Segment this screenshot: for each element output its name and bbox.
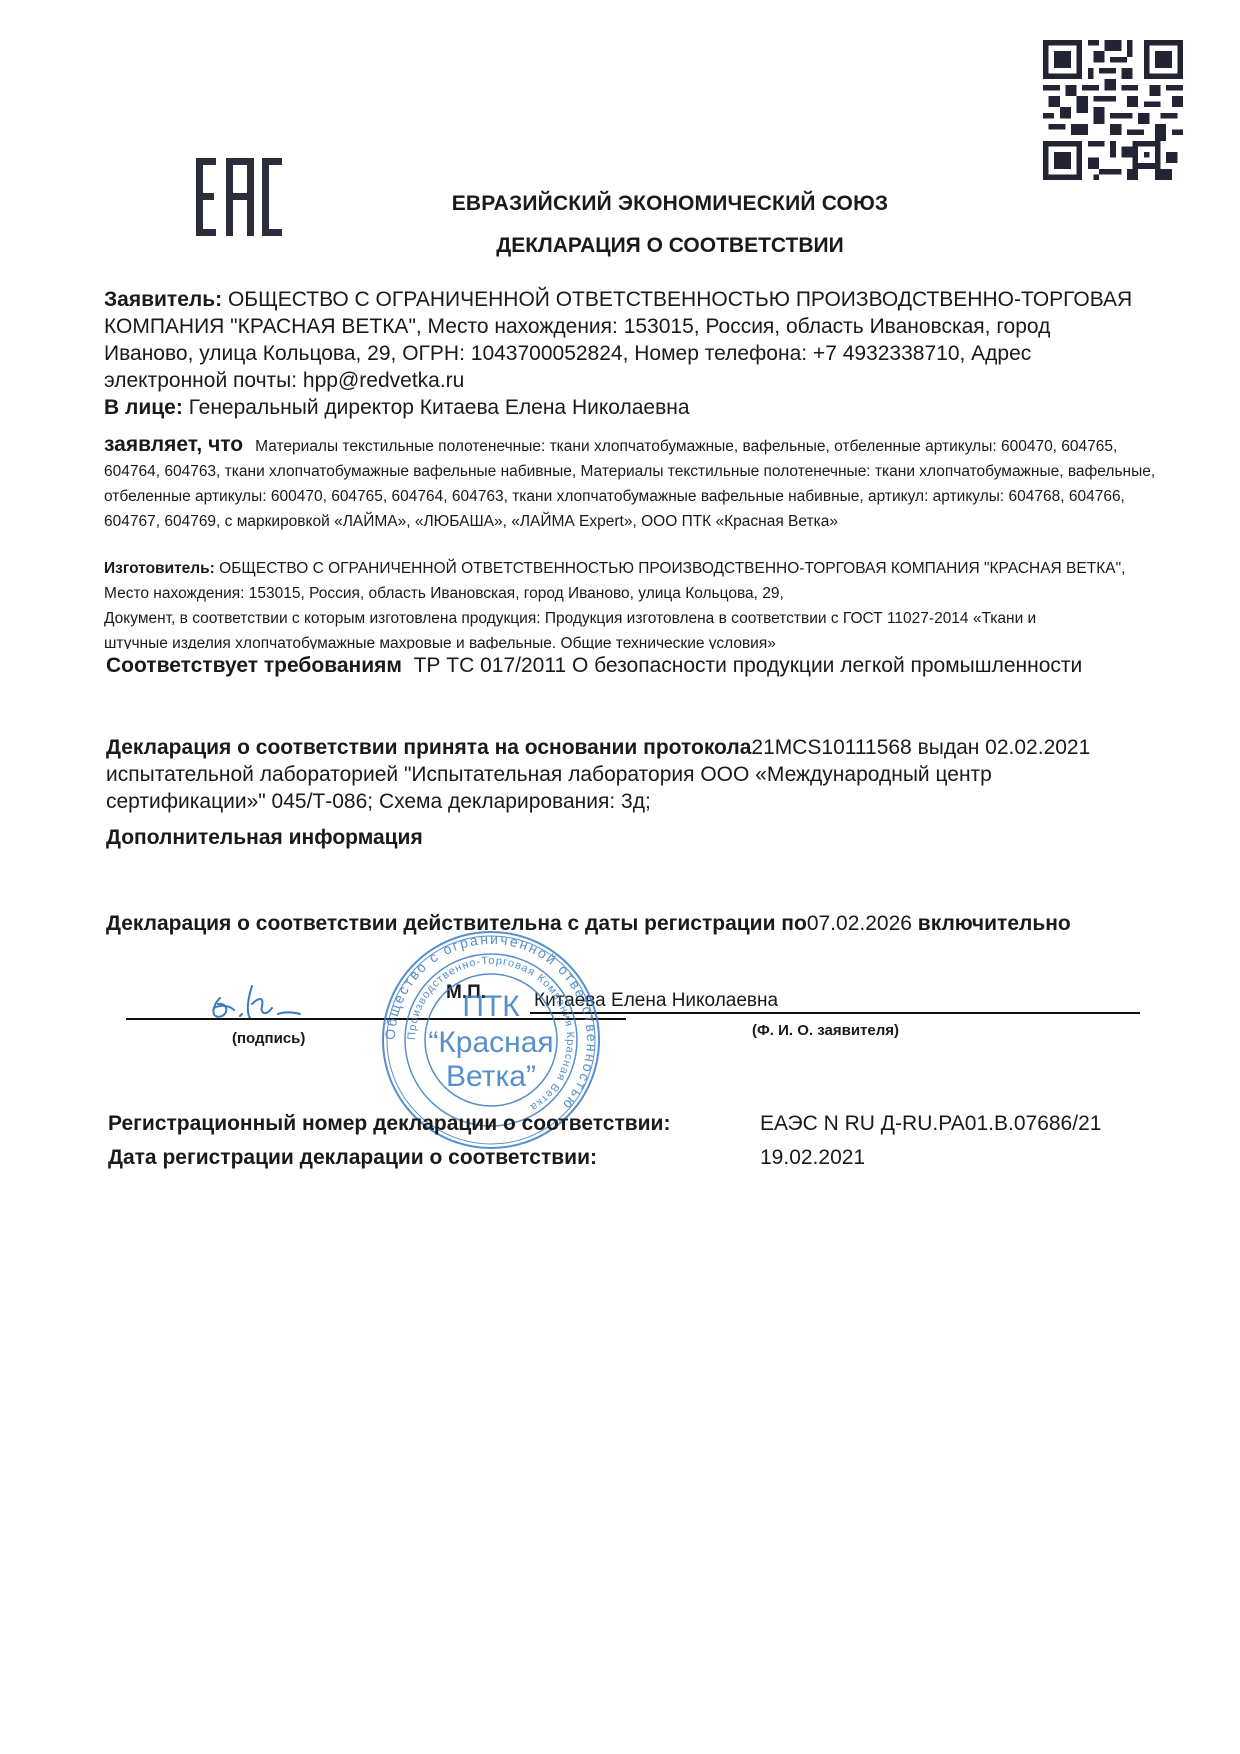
manufacturer-document-cut: штучные изделия хлопчатобумажные махровы… — [104, 631, 1164, 649]
validity-suffix: включительно — [918, 912, 1071, 935]
name-line — [530, 1012, 1140, 1014]
applicant-section: Заявитель: ОБЩЕСТВО С ОГРАНИЧЕННОЙ ОТВЕТ… — [104, 286, 1134, 394]
conformity-text: ТР ТС 017/2011 О безопасности продукции … — [414, 654, 1083, 677]
registration-number-label: Регистрационный номер декларации о соотв… — [108, 1112, 670, 1136]
qr-code — [1043, 40, 1183, 180]
registration-date-label: Дата регистрации декларации о соответств… — [108, 1146, 597, 1170]
representative-text: Генеральный директор Китаева Елена Никол… — [189, 396, 690, 419]
manufacturer-document: Документ, в соответствии с которым изгот… — [104, 606, 1164, 631]
applicant-label: Заявитель: — [104, 288, 222, 311]
document-title: ДЕКЛАРАЦИЯ О СООТВЕТСТВИИ — [0, 234, 1240, 258]
manufacturer-text: ОБЩЕСТВО С ОГРАНИЧЕННОЙ ОТВЕТСТВЕННОСТЬЮ… — [104, 560, 1125, 602]
validity-section: Декларация о соответствии действительна … — [106, 912, 1206, 936]
representative-section: В лице: Генеральный директор Китаева Еле… — [104, 396, 1134, 420]
signature-caption: (подпись) — [232, 1030, 305, 1047]
applicant-text: ОБЩЕСТВО С ОГРАНИЧЕННОЙ ОТВЕТСТВЕННОСТЬЮ… — [104, 288, 1132, 392]
conformity-label: Соответствует требованиям — [106, 654, 402, 677]
stamp-line2: “Красная — [428, 1026, 553, 1059]
declares-text: Материалы текстильные полотенечные: ткан… — [104, 438, 1155, 530]
name-caption: (Ф. И. О. заявителя) — [752, 1022, 899, 1039]
registration-number: ЕАЭС N RU Д-RU.РА01.В.07686/21 — [760, 1112, 1101, 1136]
declares-section: заявляет, чтоМатериалы текстильные полот… — [104, 432, 1164, 534]
declares-label: заявляет, что — [104, 433, 243, 456]
union-title: ЕВРАЗИЙСКИЙ ЭКОНОМИЧЕСКИЙ СОЮЗ — [0, 192, 1240, 216]
stamp-line1: ПТК — [462, 990, 520, 1023]
registration-date: 19.02.2021 — [760, 1146, 865, 1170]
additional-info-heading: Дополнительная информация — [106, 826, 423, 850]
manufacturer-label: Изготовитель: — [104, 560, 215, 577]
validity-date: 07.02.2026 — [807, 912, 912, 935]
representative-label: В лице: — [104, 396, 183, 419]
protocol-section: Декларация о соответствии принята на осн… — [106, 734, 1156, 815]
protocol-label: Декларация о соответствии принята на осн… — [106, 736, 751, 759]
stamp-line3: Ветка” — [446, 1060, 536, 1093]
manufacturer-section: Изготовитель: ОБЩЕСТВО С ОГРАНИЧЕННОЙ ОТ… — [104, 556, 1164, 649]
conformity-section: Соответствует требованиям ТР ТС 017/2011… — [106, 652, 1116, 680]
